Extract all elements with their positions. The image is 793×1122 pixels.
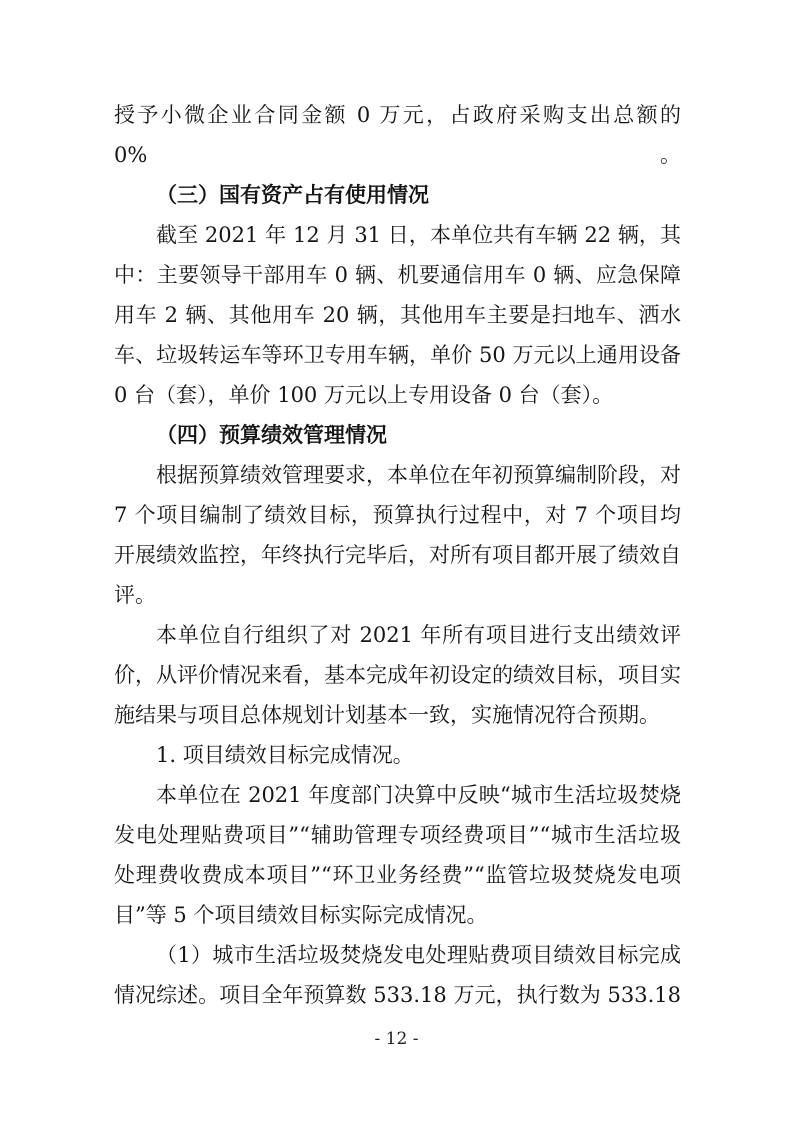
subheading-item-1-target-completion: 1. 项目绩效目标完成情况。 — [114, 735, 681, 775]
heading-section-3-state-assets: （三）国有资产占有使用情况 — [114, 175, 681, 215]
paragraph-project-1-summary: （1）城市生活垃圾焚烧发电处理贴费项目绩效目标完成情况综述。项目全年预算数 53… — [114, 935, 681, 1015]
document-body: 授予小微企业合同金额 0 万元，占政府采购支出总额的 0%。 （三）国有资产占有… — [114, 95, 681, 1015]
paragraph-five-projects: 本单位在 2021 年度部门决算中反映“城市生活垃圾焚烧发电处理贴费项目”“辅助… — [114, 775, 681, 935]
heading-section-4-budget-performance: （四）预算绩效管理情况 — [114, 415, 681, 455]
page-number: - 12 - — [0, 1028, 793, 1050]
paragraph-vehicles-and-equipment: 截至 2021 年 12 月 31 日，本单位共有车辆 22 辆，其中：主要领导… — [114, 215, 681, 415]
document-page: 授予小微企业合同金额 0 万元，占政府采购支出总额的 0%。 （三）国有资产占有… — [0, 0, 793, 1122]
paragraph-procurement-continuation: 授予小微企业合同金额 0 万元，占政府采购支出总额的 0%。 — [114, 95, 681, 175]
paragraph-self-evaluation: 本单位自行组织了对 2021 年所有项目进行支出绩效评价，从评价情况来看，基本完… — [114, 615, 681, 735]
paragraph-performance-management: 根据预算绩效管理要求，本单位在年初预算编制阶段，对 7 个项目编制了绩效目标，预… — [114, 455, 681, 615]
